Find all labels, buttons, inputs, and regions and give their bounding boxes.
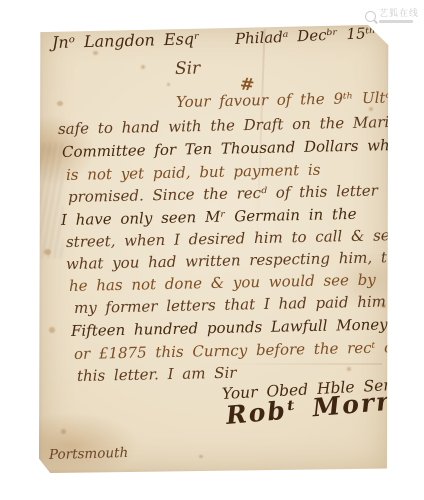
watermark-text-block: 艺狐在线 [379, 9, 419, 23]
auction-watermark: 艺狐在线 [365, 9, 419, 23]
fox-spot [167, 83, 170, 86]
scanned-letter-photo: 艺狐在线 Jnᵒ Langdon Esqʳ Philadᵃ Decᵇʳ 15ᵗʰ… [0, 0, 424, 500]
salutation: Sir [175, 60, 201, 78]
addressee-line: Jnᵒ Langdon Esqʳ [52, 31, 200, 51]
magnifier-icon [365, 11, 376, 22]
fox-spot [347, 367, 351, 371]
fox-spot [369, 107, 373, 111]
docket-portsmouth: Portsmouth [49, 447, 129, 463]
fox-spot [61, 429, 66, 434]
fox-spot [199, 455, 203, 458]
body-line: this letter. I am Sir [77, 366, 237, 384]
magnifier-handle [374, 19, 378, 23]
fox-spot [141, 65, 145, 69]
fox-spot [49, 327, 55, 333]
horizontal-crease [221, 363, 382, 365]
watermark-subtext-bar [379, 20, 413, 23]
fox-spot [57, 101, 63, 106]
letter-sheet: Jnᵒ Langdon Esqʳ Philadᵃ Decᵇʳ 15ᵗʰ 1778… [39, 25, 389, 473]
fox-spot [44, 249, 51, 255]
fox-spot [93, 51, 98, 55]
dateline: Philadᵃ Decᵇʳ 15ᵗʰ 1778 [235, 24, 423, 47]
watermark-brand-text: 艺狐在线 [379, 9, 419, 19]
pencil-smudge [37, 143, 63, 258]
